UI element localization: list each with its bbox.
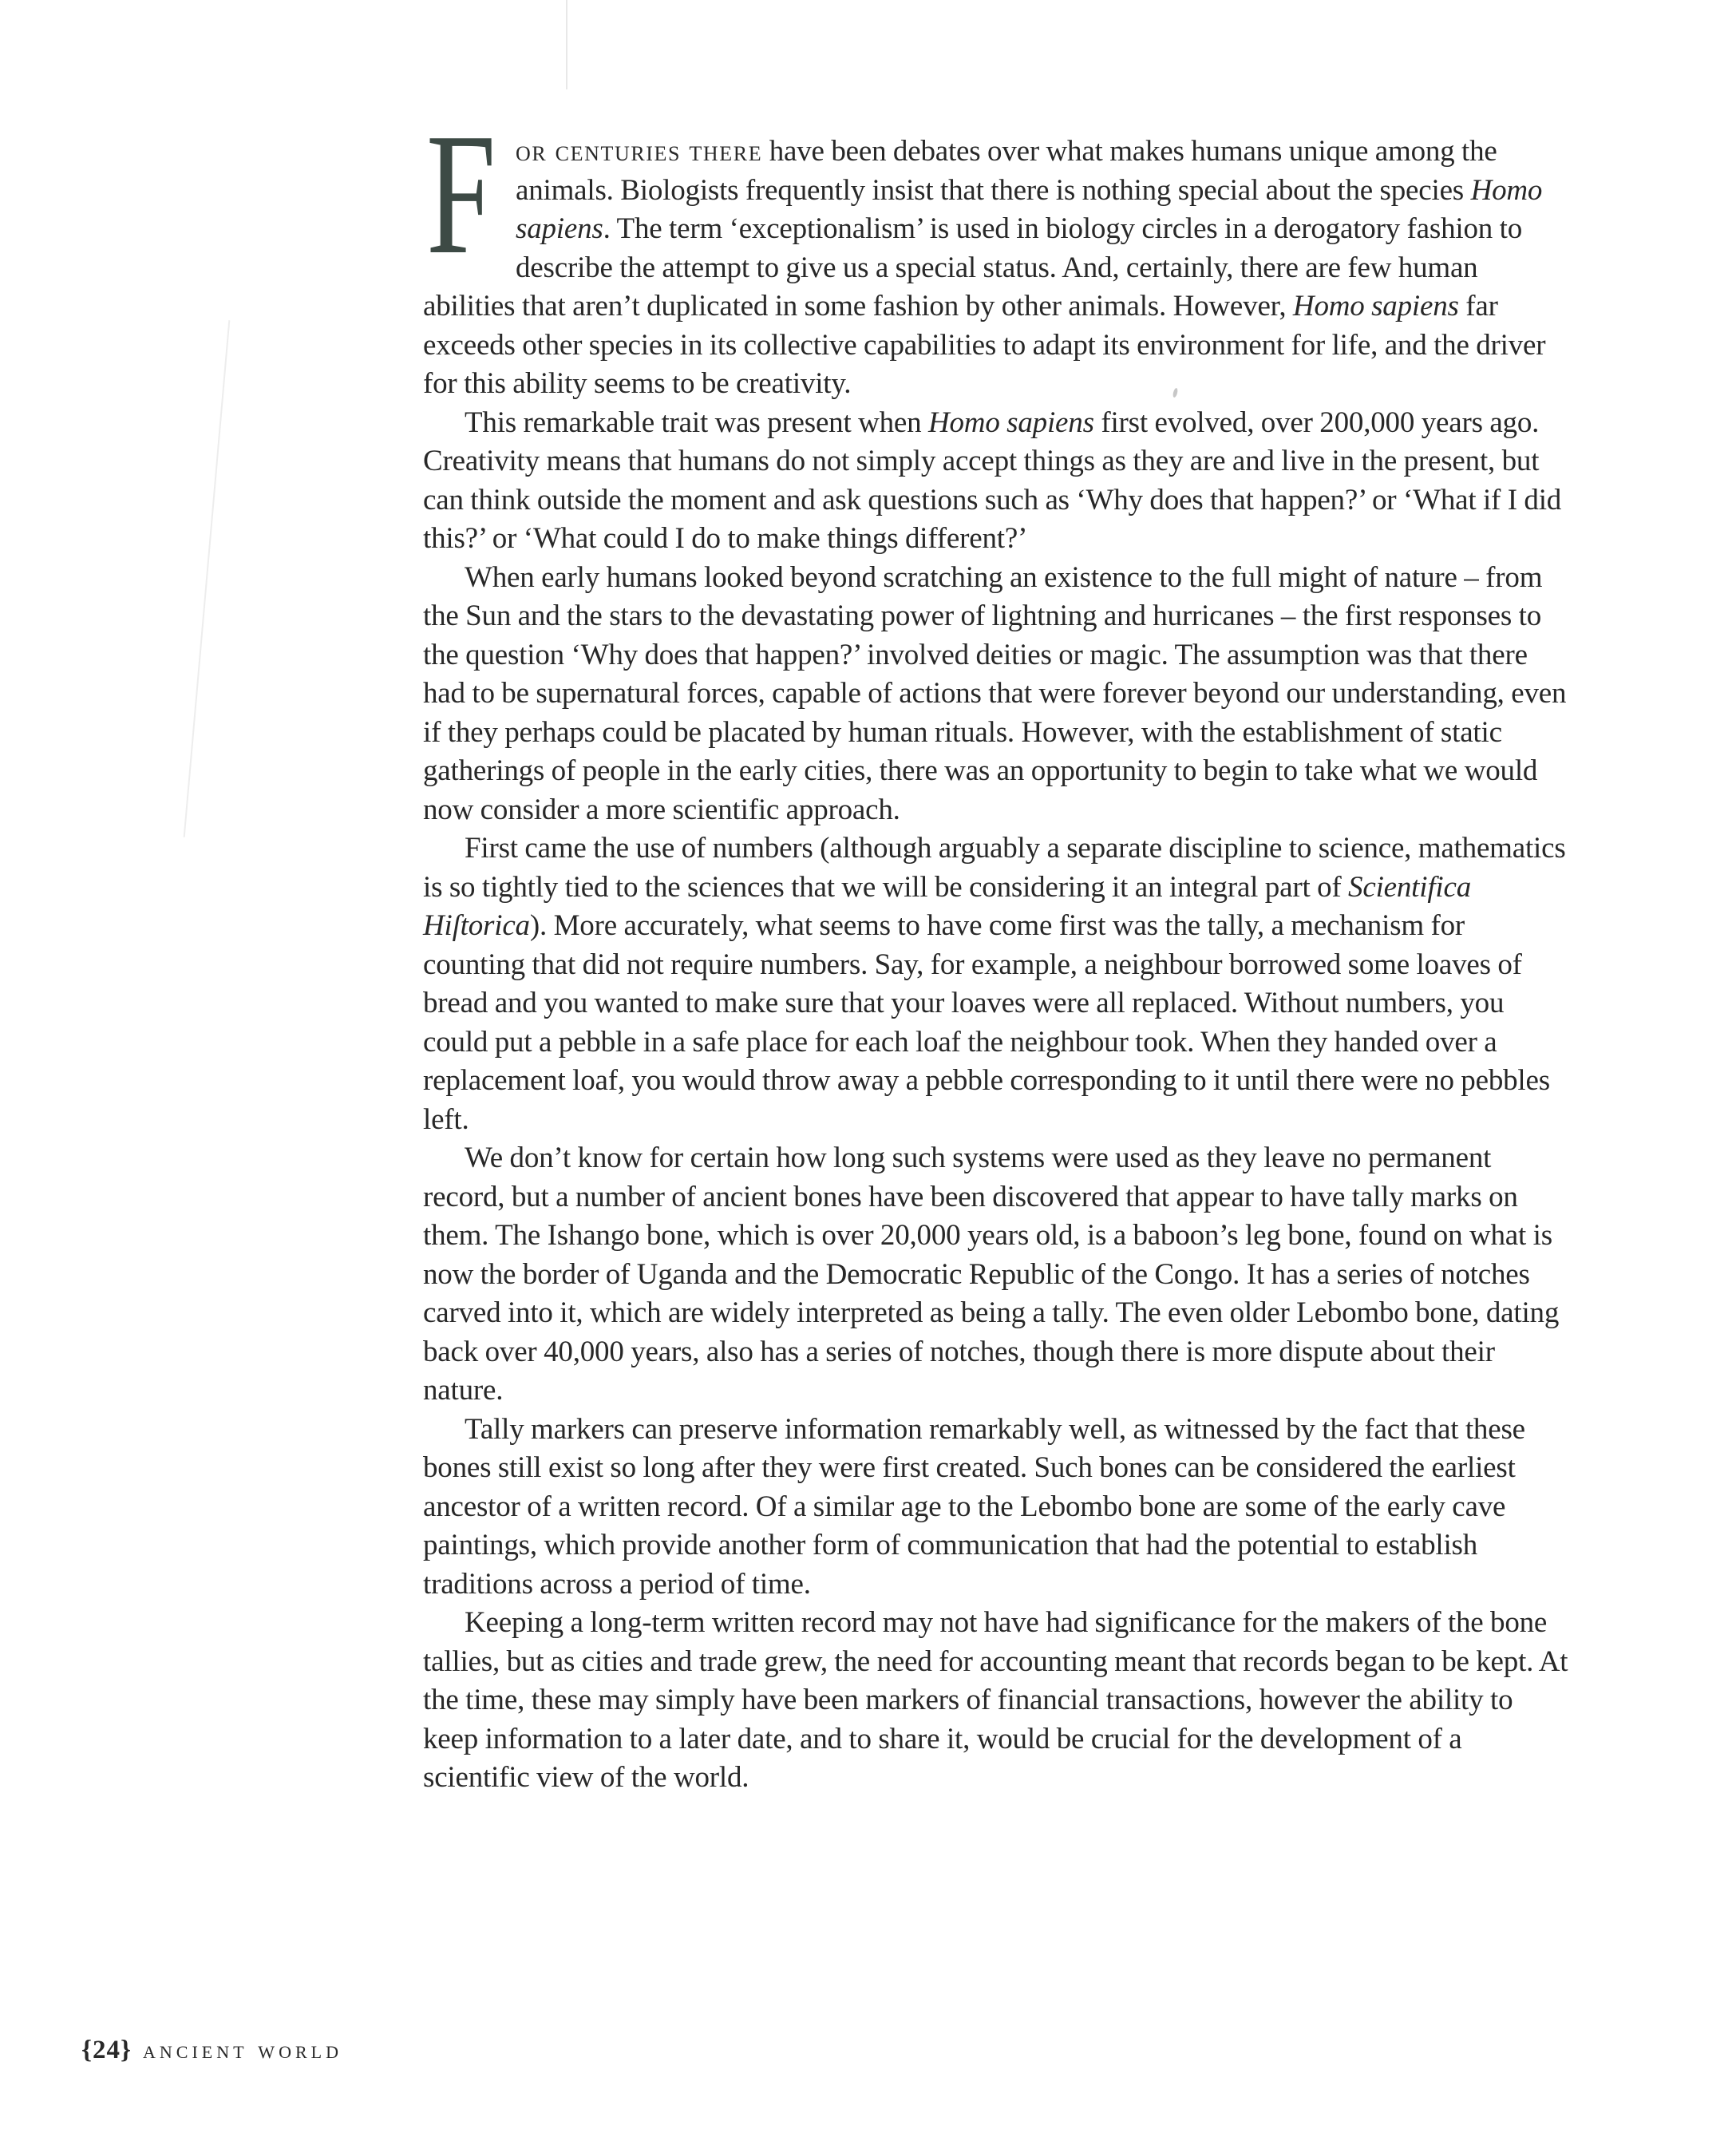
text-segment: Tally markers can preserve information r… (423, 1413, 1525, 1601)
text-segment: This remarkable trait was present when (465, 406, 928, 439)
paragraph: For centuries there have been debates ov… (423, 133, 1572, 404)
section-title: ancient world (143, 2036, 342, 2064)
paragraph: This remarkable trait was present when H… (423, 404, 1572, 559)
page-footer: {24}ancient world (81, 2036, 342, 2065)
paragraph: When early humans looked beyond scratchi… (423, 559, 1572, 830)
paragraph: We don’t know for certain how long such … (423, 1139, 1572, 1411)
text-segment: Keeping a long-term written record may n… (423, 1606, 1568, 1794)
page-number: {24} (81, 2036, 132, 2064)
text-segment: When early humans looked beyond scratchi… (423, 561, 1566, 826)
book-page: For centuries there have been debates ov… (0, 0, 1736, 2153)
text-segment: ). More accurately, what seems to have c… (423, 909, 1550, 1136)
scan-crease (184, 320, 231, 837)
paragraph: First came the use of numbers (although … (423, 829, 1572, 1139)
text-segment: We don’t know for certain how long such … (423, 1142, 1559, 1407)
scan-crease (566, 0, 567, 89)
paragraph: Keeping a long-term written record may n… (423, 1604, 1572, 1798)
body-text: For centuries there have been debates ov… (423, 133, 1572, 1798)
drop-cap: F (426, 135, 503, 254)
text-segment: Homo sapiens (928, 406, 1094, 439)
text-segment: or centuries there (516, 135, 762, 168)
text-segment: Homo sapiens (1293, 290, 1459, 323)
paragraph: Tally markers can preserve information r… (423, 1411, 1572, 1605)
